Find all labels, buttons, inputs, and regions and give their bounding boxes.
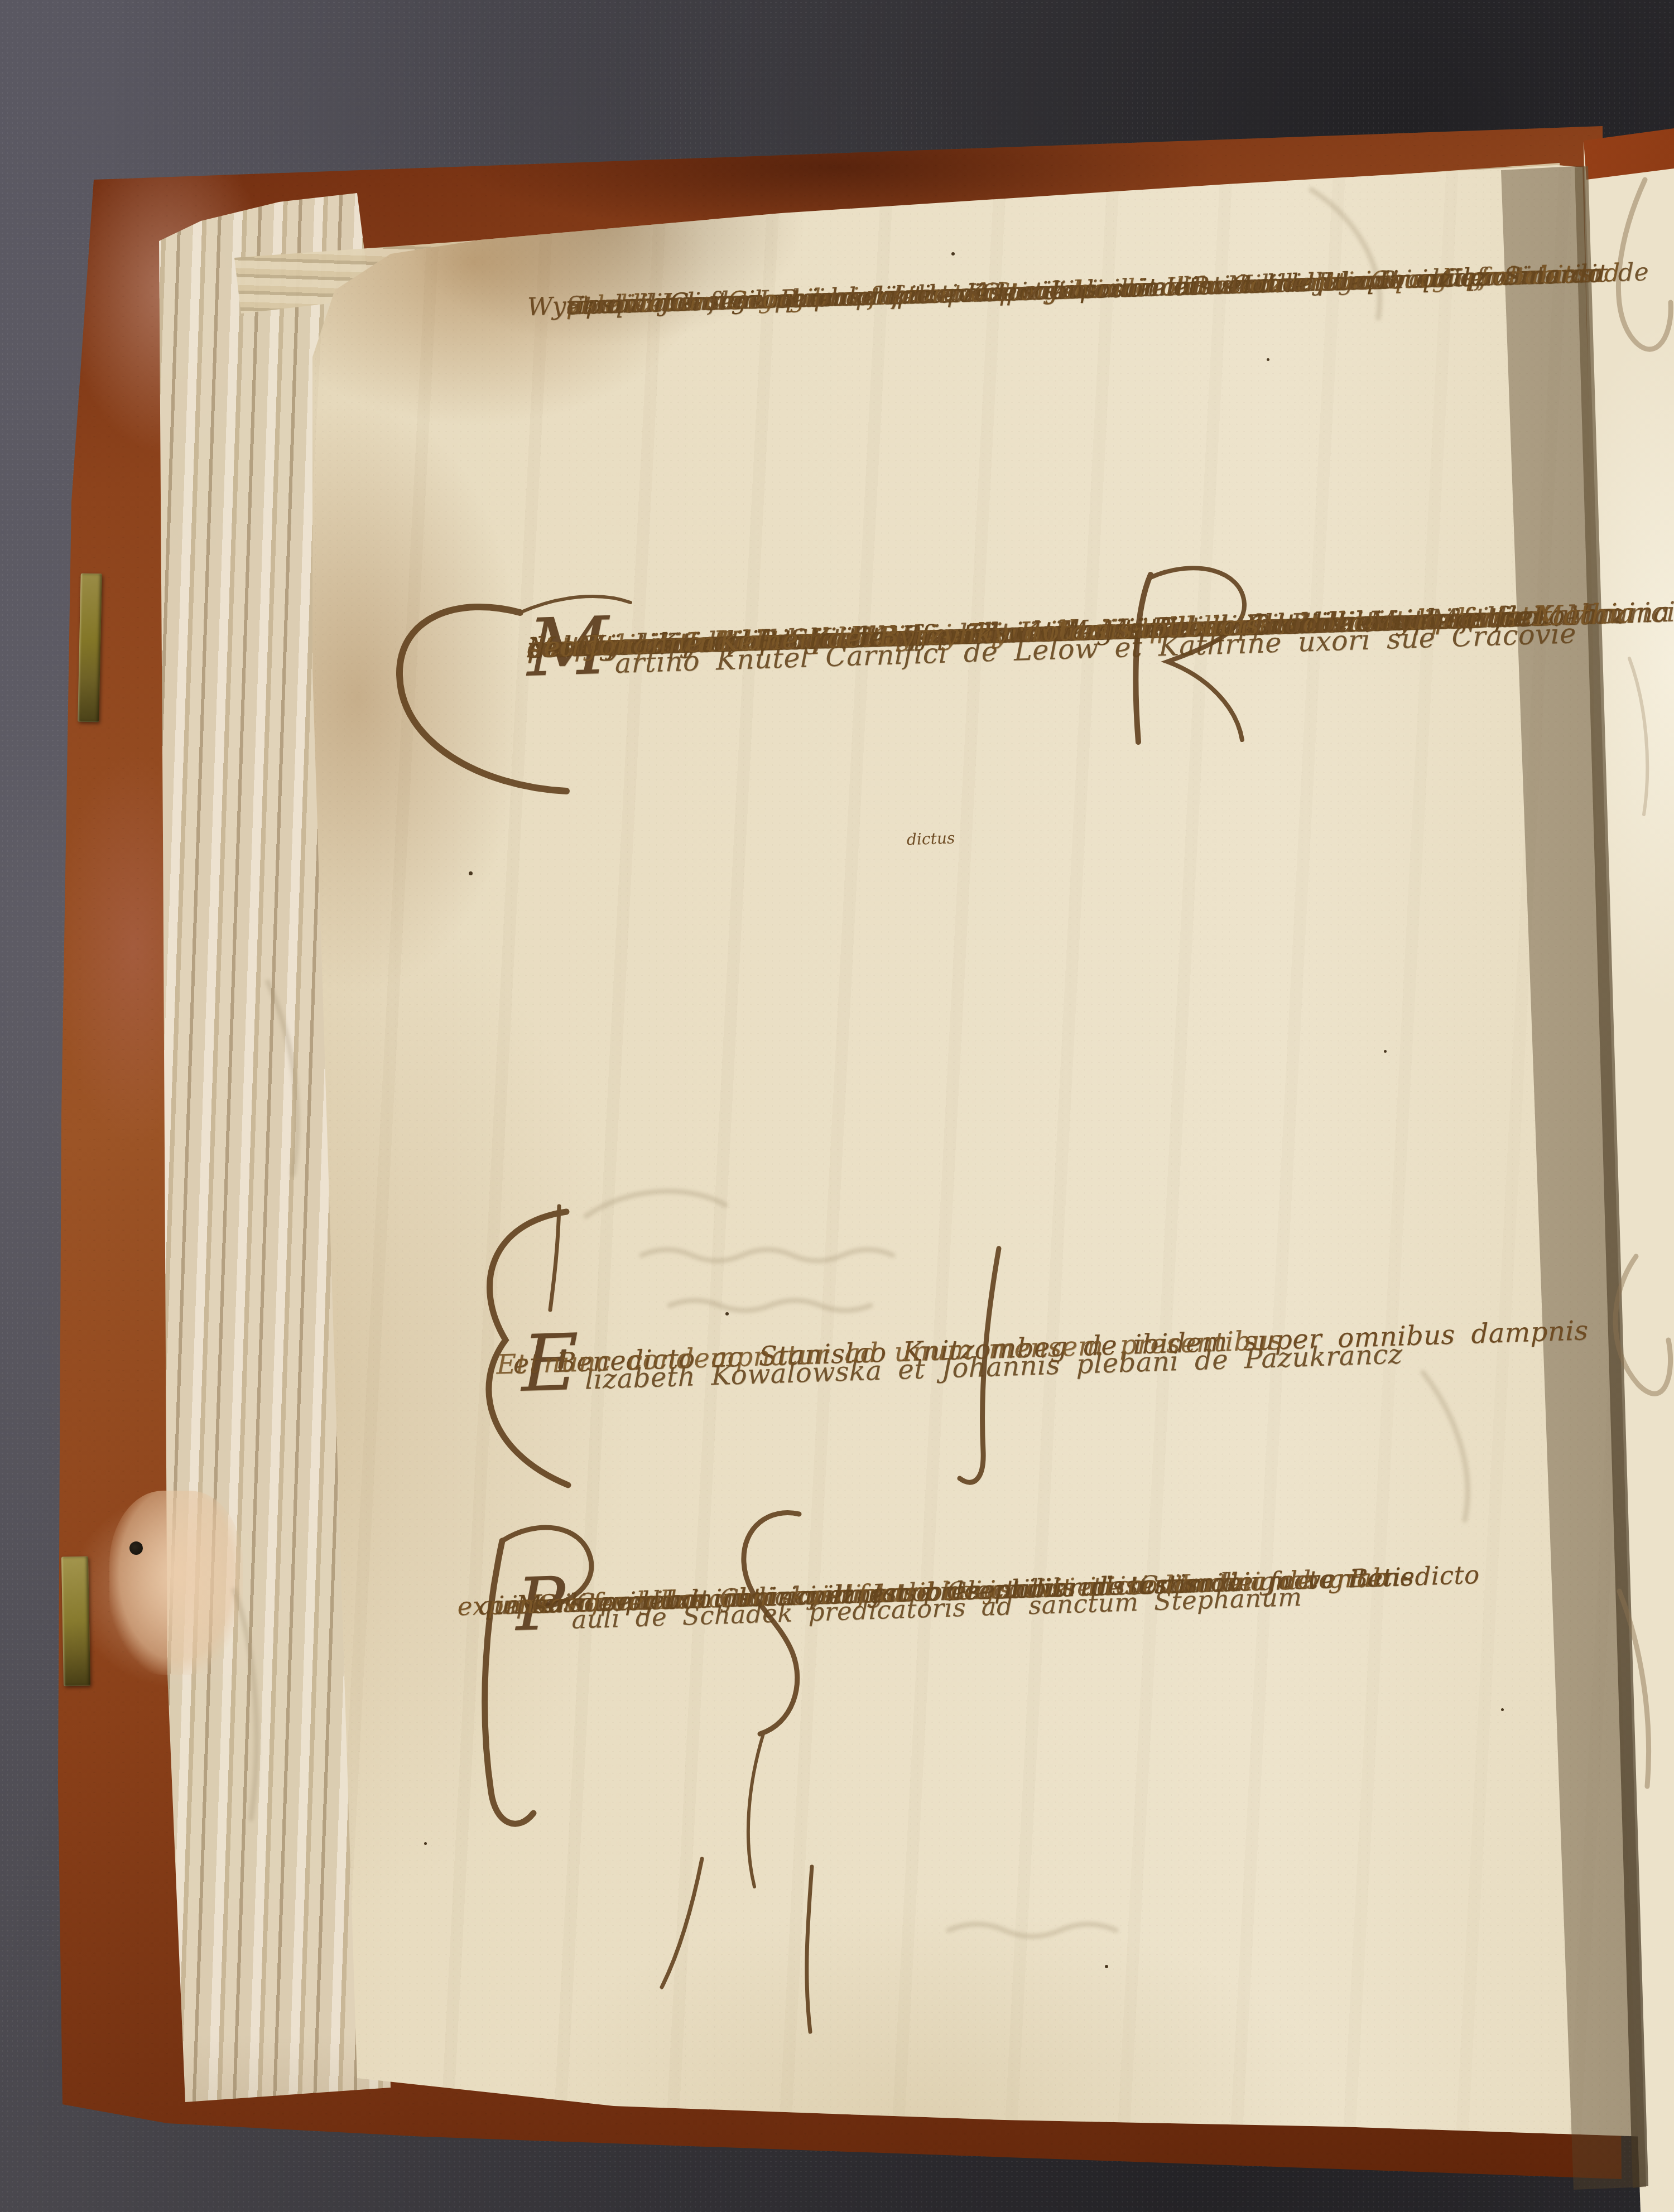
speck <box>951 252 955 256</box>
speck <box>1501 1708 1504 1711</box>
speck <box>1384 1050 1387 1053</box>
speck <box>424 1842 427 1845</box>
speck <box>1267 358 1269 361</box>
speck <box>469 871 473 875</box>
interline-insertion: dictus <box>906 829 955 849</box>
clasp-nail-hole <box>129 1541 143 1555</box>
manuscript-photo: quibus fuerant incomodati ad instanciam … <box>0 0 1674 2212</box>
speck <box>725 1312 729 1315</box>
worn-leather-patch <box>109 1491 243 1675</box>
brass-clasp-upper <box>78 574 102 722</box>
speck <box>1105 1965 1108 1968</box>
brass-clasp-lower <box>61 1556 90 1686</box>
